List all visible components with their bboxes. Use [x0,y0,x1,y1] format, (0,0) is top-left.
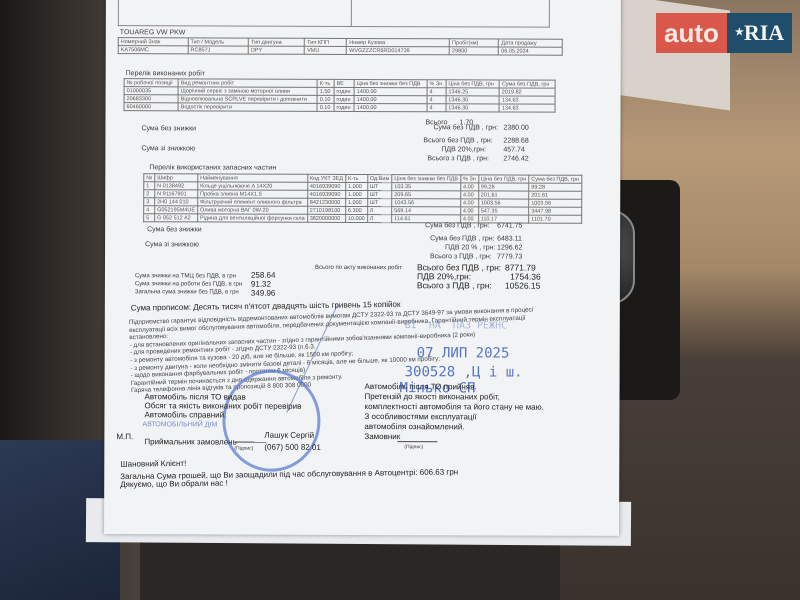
works-vat-label: ПДВ 20%,грн: [441,146,486,153]
parts-header-cell: Ціна без ПДВ, грн [478,175,529,183]
parts-cell: 3447.98 [529,207,582,215]
works-header-cell: № робочої позиції [124,79,178,87]
parts-cell: 99.28 [478,183,529,191]
vehicle-header-cell: Тип двигуна [248,38,304,46]
vehicle-value-cell: 29800 [450,47,499,55]
works-cell: 4 [427,88,446,96]
parts-total-with-vat: 7779.73 [497,253,522,260]
works-total-with-vat-label: Всього з ПДВ , грн: [427,155,489,162]
parts-cell: 10.000 [345,214,367,222]
vehicle-value-cell: KA7506MC [118,46,188,54]
parts-header-cell: К-ть [346,174,368,182]
parts-header-cell: Од.Вим [367,175,391,183]
vehicle-value-cell: VMU [305,46,347,54]
parts-cell: 547.35 [478,207,529,215]
works-cell: годин [334,87,354,95]
handover-right-line1: Автомобіль після ТО прийняв. [365,382,477,391]
parts-cell: 569.14 [392,207,461,215]
works-cell: 1346.25 [446,88,500,96]
parts-table: №ШифрНайменуванняКод УКТ ЗЕДК-тьОд.ВимЦі… [143,173,582,224]
parts-cell: 4016939090 [307,190,345,198]
parts-cell: Л [367,207,391,215]
parts-cell: 99.28 [529,183,582,191]
handover-left-line3: Автомобіль справний. [144,410,226,419]
parts-sum-no-vat: 6741.75 [497,222,522,229]
stamp-faded-line: ВІ 'НА' ПАЗ РЕЖНС [405,320,507,331]
vehicle-value-cell: WVGZZZCR6RD014739 [347,46,450,54]
works-cell: 134.63 [499,96,555,104]
discount-goods-label: Сума знижки на ТМЦ без ПДВ, в грн [135,273,236,279]
parts-header-cell: Шифр [155,174,198,182]
works-header-cell: Ціна без ПДВ, грн [446,80,500,88]
handover-right-line5: автомобіля ознайомлений. [364,422,464,431]
parts-cell: 4.00 [460,199,478,207]
parts-cell: 2 [144,190,155,198]
works-sum-with-discount-label: Сума зі знижкою [141,145,195,152]
autoria-watermark: auto ★RIA [656,13,792,53]
mp-label: М.П. [116,432,133,441]
works-table: № робочої позиціїВид ремонтних робітК-ть… [124,78,556,113]
receiver-signature-line [234,442,266,443]
works-cell: 4 [427,104,446,112]
parts-header-cell: № [144,174,155,182]
works-cell: 0.10 [317,103,334,111]
works-header-cell: % Зн [427,80,446,88]
vehicle-header-cell: Дата продажу [499,39,563,47]
discount-works: 91.32 [251,280,271,289]
parts-cell: ШТ [367,183,391,191]
works-total-no-vat: 2288.68 [503,137,528,144]
parts-sum-with-discount-label: Сума зі знижкою [145,241,199,248]
works-total-no-vat-label: Всього без ПДВ , грн: [423,137,492,144]
parts-cell: 1.000 [345,190,367,198]
parts-cell: 3820000000 [307,214,345,222]
parts-cell: 4016939090 [307,182,345,190]
parts-cell: Рідина для вентиляційної форсунки скла [197,214,307,222]
stamp-date: 07 ЛИП 2025 [417,345,510,361]
parts-cell: 3 [144,198,155,206]
stamp-number: 300528 ,Ц і ш. [405,364,523,380]
footer-thanks: Дякуємо, що Ви обрали нас ! [120,479,228,490]
discount-total-label: Загальна сума знижки без ПДВ, в грн [135,289,239,295]
works-sum-no-vat: 2380.00 [503,124,528,131]
works-header-cell: К-ть [317,79,334,87]
parts-cell: N 91167901 [155,190,198,198]
parts-cell: N 0138492 [155,182,198,190]
customer-label: Замовник [364,432,400,441]
works-sum-no-discount-label: Сума без знижки [141,125,196,132]
parts-cell: 1101.70 [529,215,582,223]
vehicle-header-cell: Номерний Знак [118,38,188,46]
watermark-ria: ★RIA [727,13,792,53]
receiver-label: Приймальник замовлень [144,437,236,446]
works-title: Перелік виконаних робіт [126,70,205,77]
receiver-name: Лашук Сергій [264,431,314,440]
works-vat: 457.74 [503,146,524,153]
parts-cell: G 052 512 A2 [155,214,198,222]
works-sum-no-vat-label: Сума без ПДВ , грн: [433,124,498,131]
works-cell: Водостік перевірити [178,103,317,111]
works-header-cell: Ціна без знижки без ПДВ [354,79,427,87]
works-cell: 1400.00 [354,103,427,111]
parts-cell: 2H0 144 010 [155,198,198,206]
parts-cell: 1003.56 [478,199,529,207]
works-cell: 0.10 [317,95,334,103]
header-box [118,0,550,28]
works-cell: 1346.30 [446,104,500,112]
act-with-vat-label: Всього з ПДВ , грн: [417,280,492,290]
parts-cell: Л [367,215,391,223]
parts-disc-no-vat: 6483.11 [497,235,522,242]
works-cell: 2019.82 [499,88,555,96]
handover-right-line2: Претензій до якості виконаних робіт, [365,392,500,401]
works-cell: 1400.00 [354,95,427,103]
vehicle-header-cell: Тип / Модель [188,38,248,46]
works-header-cell: ВЕ [334,79,354,87]
parts-disc-no-vat-label: Сума без ПДВ , грн: [430,235,495,242]
customer-signature-caption: (Підпис) [404,444,423,450]
footer-greeting: Шановний Клієнт! [120,459,186,469]
customer-signature-line [397,441,437,442]
discount-goods: 258.64 [251,271,276,280]
discount-works-label: Сума знижки на роботи без ПДВ, в грн [135,281,242,287]
receiver-signature-caption: (Підпис) [234,446,253,452]
parts-cell: 6.300 [345,206,367,214]
parts-cell: 5 [144,214,155,222]
vehicle-title: TOUAREG VW PKW [120,29,186,36]
parts-cell: 4.00 [460,183,478,191]
parts-header-cell: Сума без ПДВ, грн [529,175,582,183]
parts-cell: 2710198100 [307,206,345,214]
vehicle-value-cell: 06.05.2024 [499,47,563,55]
works-cell: 1400.00 [354,87,427,95]
works-cell: 20683300 [124,95,178,103]
service-invoice-document: TOUAREG VW PKW Номерний ЗнакТип / Модель… [104,0,621,536]
handover-right-line3: комплектності автомобіля та його стану н… [364,402,543,412]
parts-sum-no-discount-label: Сума без знижки [147,226,202,233]
parts-vat-label: ПДВ 20 % , грн: [445,244,495,251]
parts-cell: 1 [144,182,155,190]
vehicle-value-cell: DPY [248,46,304,54]
parts-cell: ШТ [367,199,391,207]
parts-title: Перелік використаних запасних частин [149,164,276,171]
parts-cell: 8421230000 [307,198,345,206]
parts-cell: 103.35 [392,183,461,191]
parts-cell: 209.65 [392,191,461,199]
parts-cell: 1.000 [346,182,368,190]
parts-cell: ШТ [367,191,391,199]
works-cell: 1346.30 [446,96,500,104]
parts-header-cell: Ціна без знижки без ПДВ [392,175,461,183]
watermark-auto: auto [656,13,727,53]
handover-right-line4: З особливостями експлуатації [364,412,476,421]
vehicle-table: Номерний ЗнакТип / МодельТип двигунаТип … [118,37,563,56]
parts-sum-no-vat-label: Сума без ПДВ , грн: [425,222,490,229]
parts-total-with-vat-label: Всього з ПДВ , грн: [430,253,492,260]
parts-vat: 1296.62 [497,244,522,251]
watermark-ria-text: RIA [744,20,784,45]
parts-cell: 4.00 [460,191,478,199]
works-cell: годин [334,103,354,111]
act-with-vat: 10526.15 [505,280,540,290]
parts-cell: G052195M4UE [155,206,198,214]
vehicle-header-cell: Пробіг(км) [450,39,499,47]
sum-in-words: Сума прописом: Десять тисяч п'ятсот двад… [131,300,401,313]
parts-cell: 1.000 [345,198,367,206]
works-cell: 60460000 [124,103,178,111]
parts-header-cell: % Зн [461,175,479,183]
works-cell: 01000035 [124,87,178,95]
vehicle-header-cell: Тип КПП [305,38,347,46]
handover-left-line1: Автомобіль після ТО видав [145,392,246,401]
parts-cell: 201.61 [529,191,582,199]
header-divider [351,0,352,26]
works-cell: 4 [427,96,446,104]
parts-cell: 1043.56 [392,199,461,207]
act-total-label: Всього по акту виконаних робіт [315,265,402,271]
table-row: 60460000Водостік перевірити0.10годин1400… [124,103,555,113]
works-header-cell: Сума без ПДВ, грн [499,80,555,88]
stamp-company-text: АВТОМОБІЛЬНИЙ ДІМ [142,421,217,428]
star-icon: ★ [735,27,744,38]
parts-cell: 4 [144,206,155,214]
receiver-phone: (067) 500 82 01 [264,443,321,452]
discount-total: 349.96 [251,289,276,298]
works-total-with-vat: 2746.42 [503,155,528,162]
parts-cell: 4.00 [460,207,478,215]
works-cell: годин [334,95,354,103]
works-cell: 134.63 [499,104,555,112]
parts-cell: 1003.56 [529,199,582,207]
parts-cell: 201.61 [478,191,529,199]
works-cell: 1.50 [317,87,334,95]
parts-header-cell: Код УКТ ЗЕД [307,174,345,182]
vehicle-value-cell: RC857J [188,46,248,54]
